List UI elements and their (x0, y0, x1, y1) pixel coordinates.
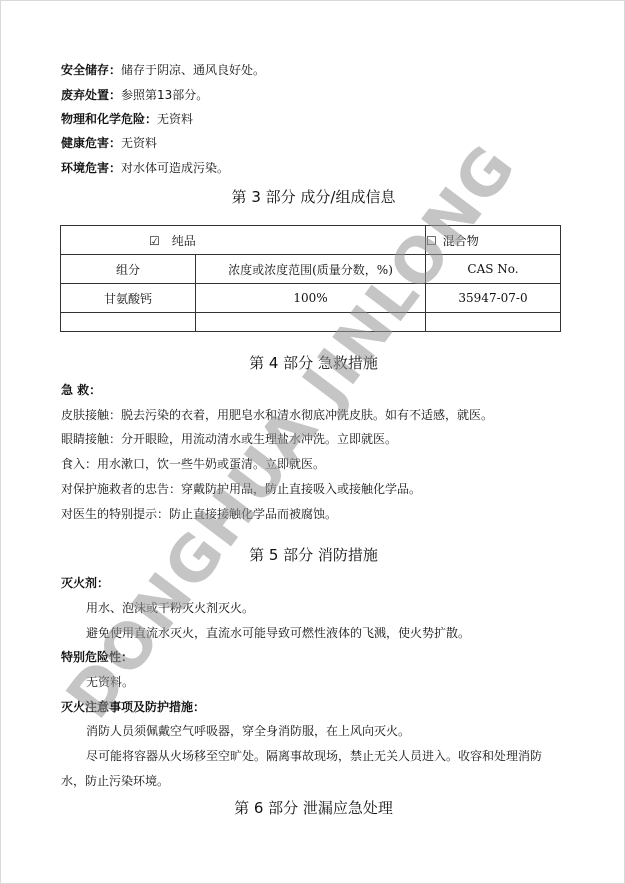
first-aid-subhead: 急 救： (61, 382, 101, 398)
section5-heading: 第 5 部分 消防措施 (1, 545, 625, 565)
extinguishing-label: 灭火剂： (61, 575, 109, 591)
storage-line: 安全储存：储存于阴凉、通风良好处。 (61, 62, 265, 78)
health-hazard-text: 无资料 (121, 136, 157, 150)
extinguishing-avoid: 避免使用直流水灭火，直流水可能导致可燃性液体的飞溅，使火势扩散。 (86, 625, 470, 641)
document-page: 安全储存：储存于阴凉、通风良好处。 废弃处置：参照第13部分。 物理和化学危险：… (0, 0, 625, 884)
first-aid-rescuer-advice: 对保护施救者的忠告：穿戴防护用品，防止直接吸入或接触化学品。 (61, 481, 421, 497)
checkbox-checked-icon: ☑ (149, 234, 160, 248)
precautions-line-3: 水，防止污染环境。 (61, 773, 169, 789)
disposal-label: 废弃处置： (61, 88, 121, 102)
health-hazard-label: 健康危害： (61, 136, 121, 150)
env-hazard-line: 环境危害：对水体可造成污染。 (61, 160, 229, 176)
cell-component: 甘氨酸钙 (61, 284, 196, 313)
pure-label: 纯品 (172, 234, 196, 248)
mixture-label: 混合物 (443, 234, 479, 248)
disposal-text: 参照第13部分。 (121, 88, 208, 102)
cell-empty (196, 313, 426, 332)
header-component: 组分 (61, 255, 196, 284)
table-header-row: 组分 浓度或浓度范围(质量分数，%) CAS No. (61, 255, 561, 284)
section6-heading: 第 6 部分 泄漏应急处理 (1, 798, 625, 818)
storage-text: 储存于阴凉、通风良好处。 (121, 63, 265, 77)
physchem-hazard-label: 物理和化学危险： (61, 112, 157, 126)
disposal-line: 废弃处置：参照第13部分。 (61, 87, 208, 103)
table-row-empty (61, 313, 561, 332)
storage-label: 安全储存： (61, 63, 121, 77)
precautions-line-2: 尽可能将容器从火场移至空旷处。隔离事故现场，禁止无关人员进入。收容和处理消防 (86, 748, 542, 764)
extinguishing-media: 用水、泡沫或干粉灭火剂灭火。 (86, 600, 254, 616)
cell-concentration: 100% (196, 284, 426, 313)
cell-empty (426, 313, 561, 332)
cell-cas: 35947-07-0 (426, 284, 561, 313)
first-aid-eye: 眼睛接触：分开眼睑，用流动清水或生理盐水冲洗。立即就医。 (61, 431, 397, 447)
health-hazard-line: 健康危害：无资料 (61, 135, 157, 151)
composition-table: ☑纯品 ☐混合物 组分 浓度或浓度范围(质量分数，%) CAS No. 甘氨酸钙… (60, 225, 561, 332)
pure-option: ☑纯品 (61, 226, 426, 255)
physchem-hazard-line: 物理和化学危险：无资料 (61, 111, 193, 127)
cell-empty (61, 313, 196, 332)
env-hazard-label: 环境危害： (61, 161, 121, 175)
header-concentration: 浓度或浓度范围(质量分数，%) (196, 255, 426, 284)
checkbox-unchecked-icon: ☐ (426, 234, 437, 248)
header-cas: CAS No. (426, 255, 561, 284)
precautions-line-1: 消防人员须佩戴空气呼吸器，穿全身消防服，在上风向灭火。 (86, 723, 410, 739)
special-hazard-label: 特别危险性： (61, 649, 133, 665)
physchem-hazard-text: 无资料 (157, 112, 193, 126)
section3-heading: 第 3 部分 成分/组成信息 (1, 187, 625, 207)
precautions-label: 灭火注意事项及防护措施： (61, 699, 205, 715)
substance-type-row: ☑纯品 ☐混合物 (61, 226, 561, 255)
table-row: 甘氨酸钙 100% 35947-07-0 (61, 284, 561, 313)
env-hazard-text: 对水体可造成污染。 (121, 161, 229, 175)
mixture-option: ☐混合物 (426, 226, 561, 255)
first-aid-ingestion: 食入：用水漱口，饮一些牛奶或蛋清。立即就医。 (61, 456, 325, 472)
special-hazard-text: 无资料。 (86, 674, 134, 690)
first-aid-physician-note: 对医生的特别提示：防止直接接触化学品而被腐蚀。 (61, 506, 337, 522)
section4-heading: 第 4 部分 急救措施 (1, 353, 625, 373)
first-aid-skin: 皮肤接触：脱去污染的衣着，用肥皂水和清水彻底冲洗皮肤。如有不适感，就医。 (61, 407, 493, 423)
